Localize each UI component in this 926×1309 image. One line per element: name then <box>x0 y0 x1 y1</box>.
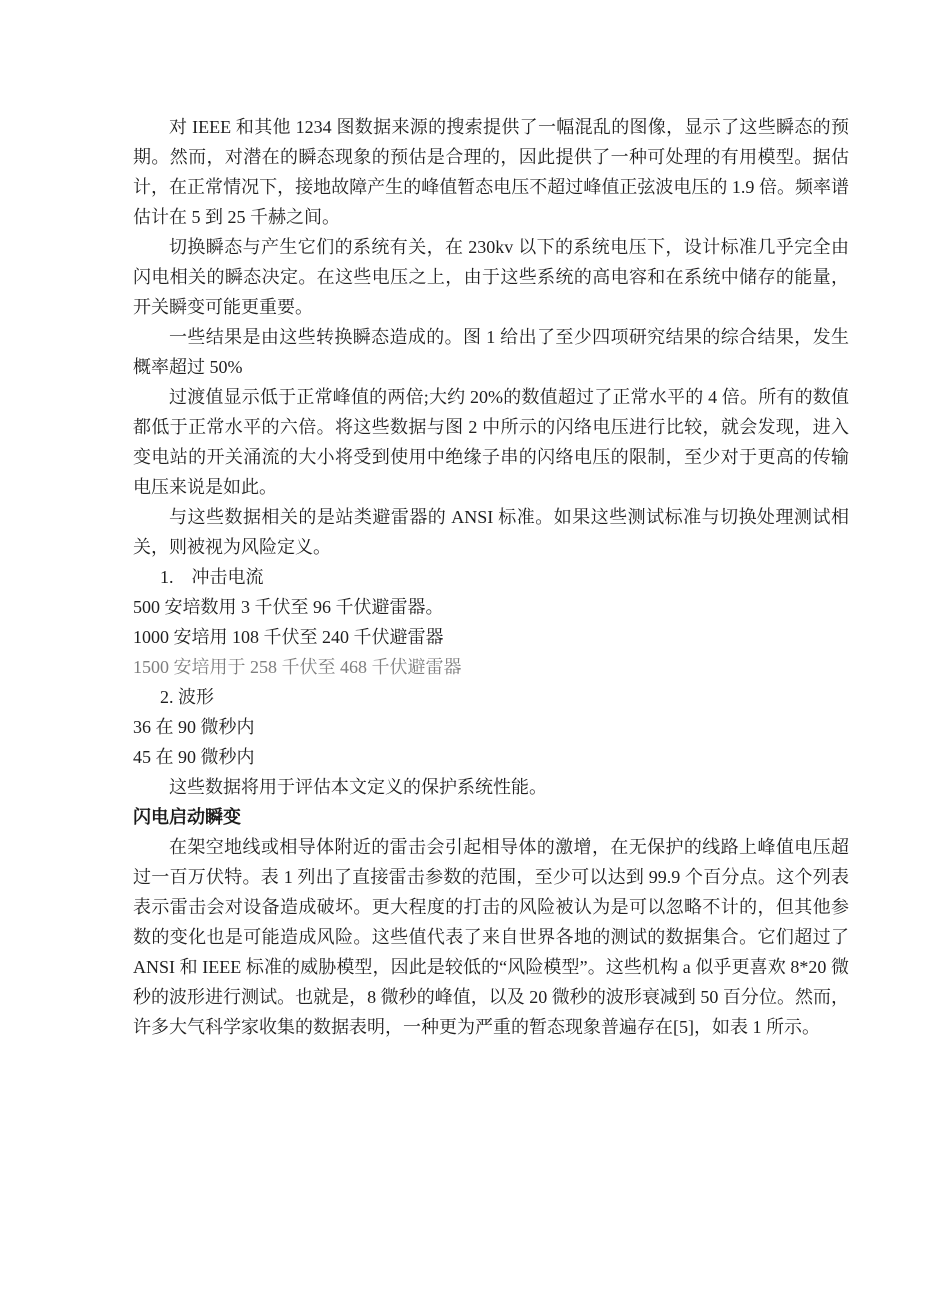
line-arrester-500a: 500 安培数用 3 千伏至 96 千伏避雷器。 <box>133 592 849 622</box>
list-item-impulse-current: 1. 冲击电流 <box>133 562 849 592</box>
paragraph-ansi-standard: 与这些数据相关的是站类避雷器的 ANSI 标准。如果这些测试标准与切换处理测试相… <box>133 502 849 562</box>
line-data-usage-note: 这些数据将用于评估本文定义的保护系统性能。 <box>133 772 849 802</box>
paragraph-transition-values: 过渡值显示低于正常峰值的两倍;大约 20%的数值超过了正常水平的 4 倍。所有的… <box>133 382 849 502</box>
line-arrester-1500a: 1500 安培用于 258 千伏至 468 千伏避雷器 <box>133 652 849 682</box>
document-text-block: 对 IEEE 和其他 1234 图数据来源的搜索提供了一幅混乱的图像，显示了这些… <box>133 112 849 1042</box>
paragraph-lightning-strikes: 在架空地线或相导体附近的雷击会引起相导体的激增，在无保护的线路上峰值电压超过一百… <box>133 832 849 1042</box>
paragraph-switching-transients: 切换瞬态与产生它们的系统有关，在 230kv 以下的系统电压下，设计标准几乎完全… <box>133 232 849 322</box>
document-page: 对 IEEE 和其他 1234 图数据来源的搜索提供了一幅混乱的图像，显示了这些… <box>0 0 926 1309</box>
list-item-waveform: 2. 波形 <box>133 682 849 712</box>
line-waveform-36: 36 在 90 微秒内 <box>133 712 849 742</box>
line-arrester-1000a: 1000 安培用 108 千伏至 240 千伏避雷器 <box>133 622 849 652</box>
line-waveform-45: 45 在 90 微秒内 <box>133 742 849 772</box>
heading-lightning-transients: 闪电启动瞬变 <box>133 802 849 832</box>
paragraph-study-results: 一些结果是由这些转换瞬态造成的。图 1 给出了至少四项研究结果的综合结果，发生概… <box>133 322 849 382</box>
paragraph-ieee-search: 对 IEEE 和其他 1234 图数据来源的搜索提供了一幅混乱的图像，显示了这些… <box>133 112 849 232</box>
